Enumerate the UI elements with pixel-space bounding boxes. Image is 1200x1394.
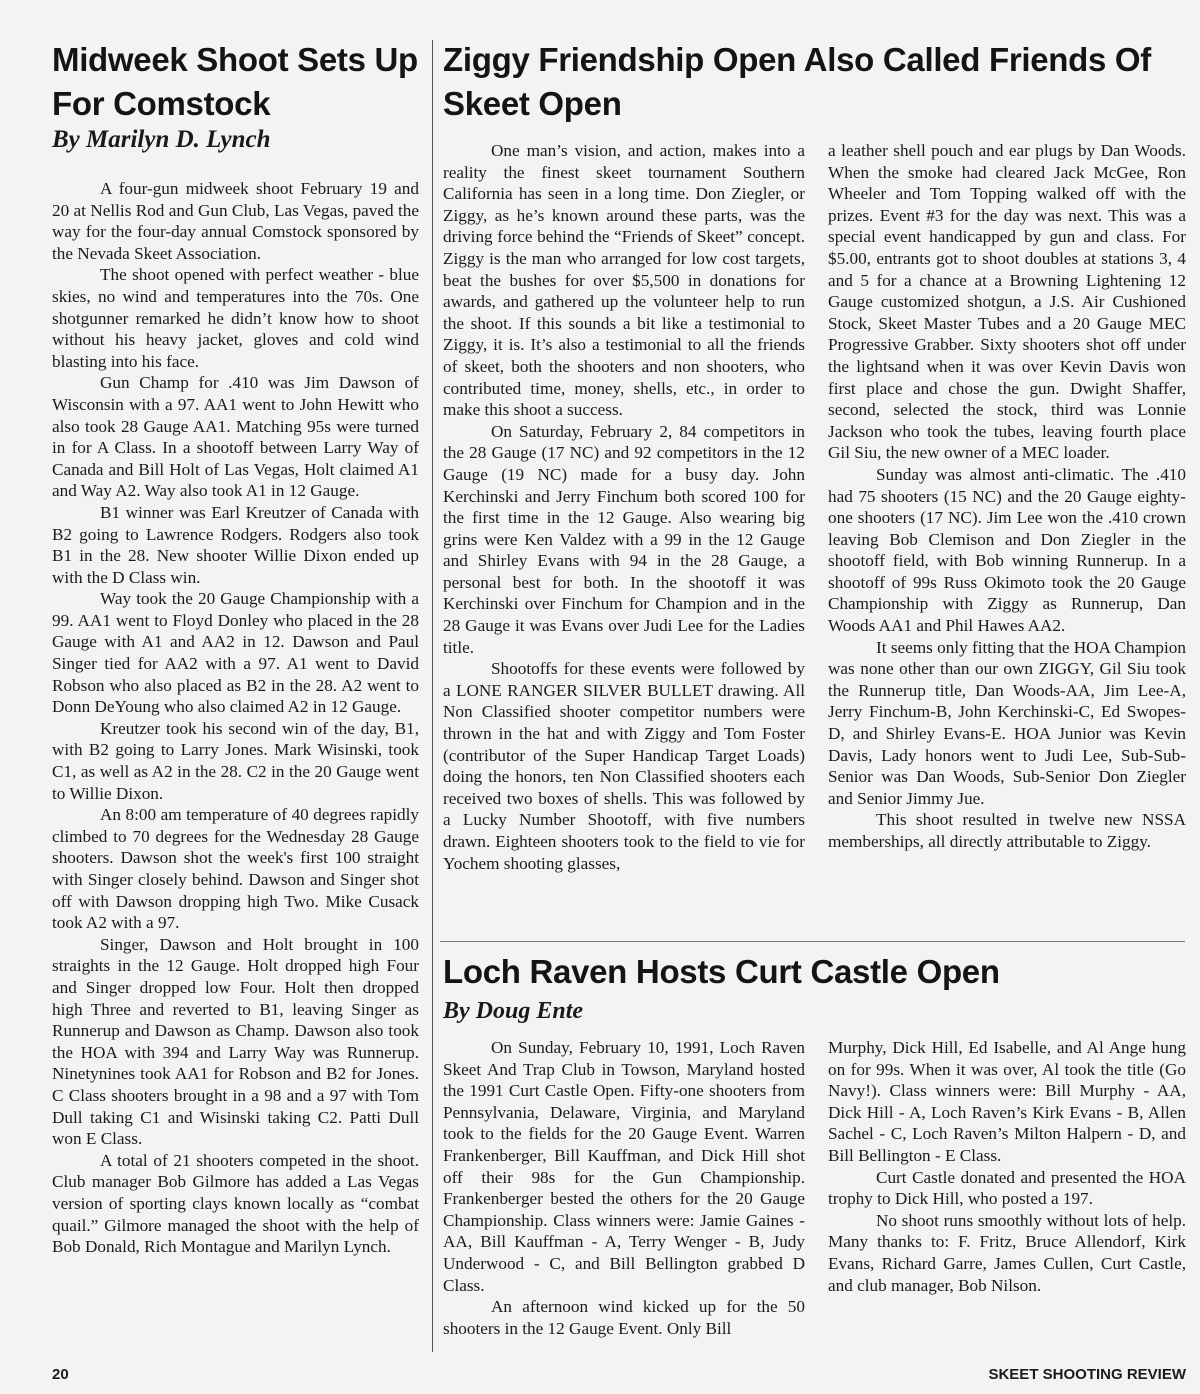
publication-name: SKEET SHOOTING REVIEW — [988, 1366, 1186, 1383]
paragraph: On Saturday, February 2, 84 competi­tors… — [443, 421, 805, 659]
magazine-page: Midweek Shoot Sets Up For Comstock By Ma… — [0, 0, 1200, 1394]
paragraph: An 8:00 am temperature of 40 degrees rap… — [52, 804, 419, 934]
article-title-ziggy-friendship-open: Ziggy Friendship Open Also Called Friend… — [443, 38, 1183, 126]
paragraph: An afternoon wind kicked up for the 50 s… — [443, 1296, 805, 1339]
article-title-midweek-shoot: Midweek Shoot Sets Up For Comstock — [52, 38, 422, 126]
article-separator-rule — [440, 941, 1185, 942]
paragraph: A four-gun midweek shoot February 19 and… — [52, 178, 419, 264]
article-byline-doug-ente: By Doug Ente — [443, 995, 583, 1027]
paragraph: It seems only fitting that the HOA Champ… — [828, 637, 1186, 810]
article-column: a leather shell pouch and ear plugs by D… — [828, 140, 1186, 853]
paragraph: Shootoffs for these events were fol­lowe… — [443, 658, 805, 874]
page-number: 20 — [52, 1366, 69, 1383]
paragraph: The shoot opened with perfect weather - … — [52, 264, 419, 372]
article-column: A four-gun midweek shoot February 19 and… — [52, 178, 419, 1258]
paragraph: Sunday was almost anti-climatic. The .41… — [828, 464, 1186, 637]
paragraph: No shoot runs smoothly without lots of h… — [828, 1210, 1186, 1296]
paragraph: A total of 21 shooters competed in the s… — [52, 1150, 419, 1258]
paragraph: B1 winner was Earl Kreutzer of Canada wi… — [52, 502, 419, 588]
paragraph: Singer, Dawson and Holt brought in 100 s… — [52, 934, 419, 1150]
paragraph: Gun Champ for .410 was Jim Dawson of Wis… — [52, 372, 419, 502]
paragraph: Murphy, Dick Hill, Ed Isabelle, and Al A… — [828, 1037, 1186, 1167]
article-byline-marilyn-lynch: By Marilyn D. Lynch — [52, 124, 271, 156]
paragraph: a leather shell pouch and ear plugs by D… — [828, 140, 1186, 464]
paragraph: Way took the 20 Gauge Championship with … — [52, 588, 419, 718]
paragraph: This shoot resulted in twelve new NSSA m… — [828, 809, 1186, 852]
paragraph: Kreutzer took his second win of the day,… — [52, 718, 419, 804]
paragraph: On Sunday, February 10, 1991, Loch Raven… — [443, 1037, 805, 1296]
column-divider — [432, 40, 433, 1352]
article-column: Murphy, Dick Hill, Ed Isabelle, and Al A… — [828, 1037, 1186, 1296]
article-column: One man’s vision, and action, makes into… — [443, 140, 805, 874]
article-title-loch-raven: Loch Raven Hosts Curt Castle Open — [443, 950, 1183, 994]
paragraph: Curt Castle donated and presented the HO… — [828, 1167, 1186, 1210]
article-column: On Sunday, February 10, 1991, Loch Raven… — [443, 1037, 805, 1339]
paragraph: One man’s vision, and action, makes into… — [443, 140, 805, 421]
